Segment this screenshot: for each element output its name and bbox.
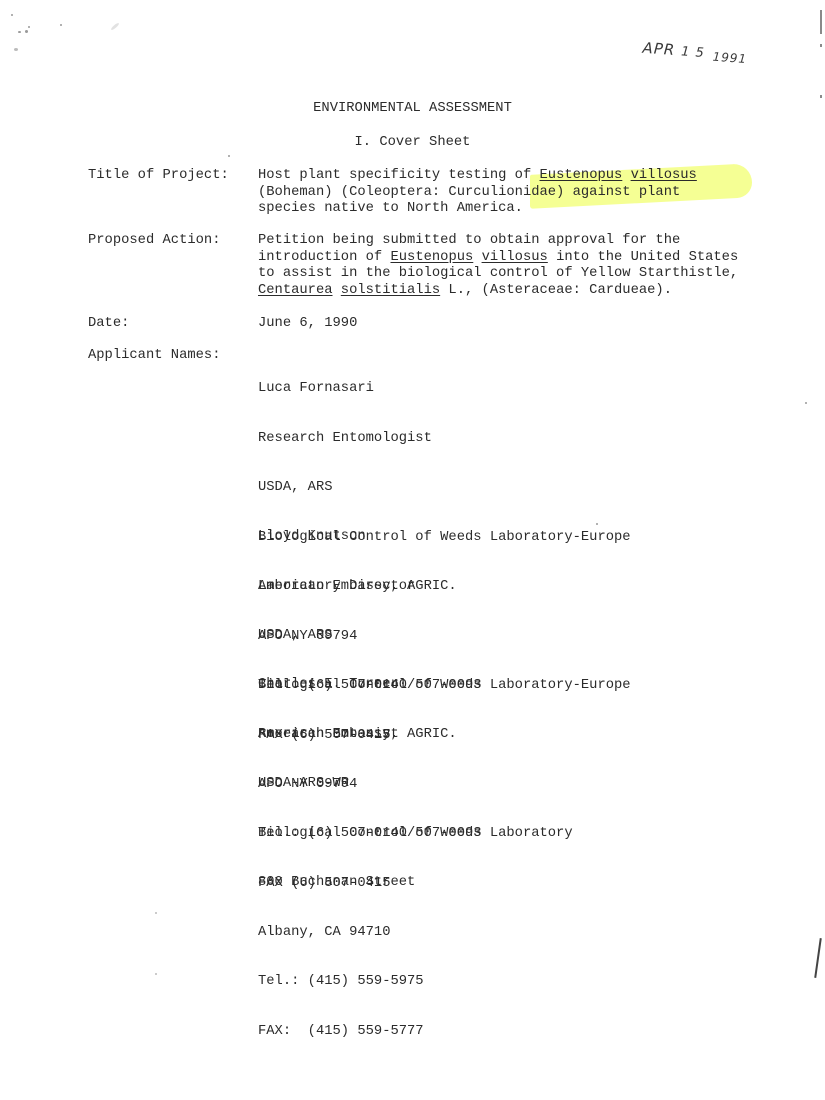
applicant-title: Research Entomologist — [258, 431, 631, 448]
scan-speck — [18, 31, 21, 33]
applicant-agency: USDA, ARS — [258, 480, 631, 497]
proposed-action-line-3: to assist in the biological control of Y… — [258, 266, 738, 283]
scan-speck — [228, 155, 230, 157]
title-of-project-line-1: Host plant specificity testing of Eusten… — [258, 168, 697, 185]
date-value: June 6, 1990 — [258, 316, 357, 333]
scan-speck — [155, 912, 157, 914]
scan-speck — [60, 24, 62, 26]
applicant-phone: Tel.: (415) 559-5975 — [258, 974, 573, 991]
scan-edge-mark — [820, 44, 822, 47]
title-of-project-label: Title of Project: — [88, 168, 229, 185]
document-title: ENVIRONMENTAL ASSESSMENT — [0, 101, 825, 118]
applicant-lab: Biological Control of Weeds Laboratory — [258, 826, 573, 843]
applicant-block: Charles E. Turner Research Botanist USDA… — [258, 644, 573, 1057]
title-of-project-line-3: species native to North America. — [258, 201, 523, 218]
proposed-action-label: Proposed Action: — [88, 233, 220, 250]
proposed-action-line-2: introduction of Eustenopus villosus into… — [258, 250, 738, 267]
applicant-agency: USDA, ARS — [258, 628, 631, 645]
proposed-action-line-1: Petition being submitted to obtain appro… — [258, 233, 680, 250]
scan-speck — [28, 26, 30, 28]
text-segment: into the United States — [548, 250, 738, 265]
scan-speck — [14, 48, 18, 51]
applicant-name: Charles E. Turner — [258, 677, 573, 694]
stamp-day: 1 5 — [681, 44, 706, 61]
text-segment: L., (Asteraceae: Cardueae). — [440, 283, 672, 298]
scan-speck — [25, 30, 28, 33]
text-segment: Host plant specificity testing of — [258, 168, 540, 183]
scan-speck — [155, 973, 157, 975]
genus-name: Centaurea — [258, 283, 333, 298]
applicant-address-1: 800 Buchanan Street — [258, 875, 573, 892]
genus-name: Eustenopus — [540, 168, 623, 183]
scan-edge-mark — [820, 95, 822, 98]
applicant-name: Lloyd Knutson — [258, 529, 631, 546]
date-label: Date: — [88, 316, 129, 333]
received-date-stamp: APR1 51991 — [630, 20, 749, 64]
applicant-address-2: Albany, CA 94710 — [258, 925, 573, 942]
pen-mark — [814, 938, 822, 978]
stamp-year: 1991 — [712, 50, 747, 66]
species-name: solstitialis — [341, 283, 440, 298]
applicant-title: Research Botanist — [258, 727, 573, 744]
applicant-agency: USDA-ARS-WR — [258, 776, 573, 793]
scan-speck — [110, 22, 120, 31]
section-title: I. Cover Sheet — [0, 135, 825, 152]
applicant-title: Laboratory Director — [258, 579, 631, 596]
scan-edge-mark — [820, 10, 822, 34]
stamp-month: APR — [642, 39, 676, 59]
scan-speck — [805, 402, 807, 404]
title-of-project-line-2: (Boheman) (Coleoptera: Curculionidae) ag… — [258, 185, 680, 202]
applicant-names-label: Applicant Names: — [88, 348, 220, 365]
species-name: villosus — [482, 250, 548, 265]
genus-name: Eustenopus — [390, 250, 473, 265]
scan-speck — [11, 14, 13, 16]
proposed-action-line-4: Centaurea solstitialis L., (Asteraceae: … — [258, 283, 672, 300]
species-name: villosus — [631, 168, 697, 183]
applicant-fax: FAX: (415) 559-5777 — [258, 1024, 573, 1041]
text-segment: introduction of — [258, 250, 390, 265]
applicant-name: Luca Fornasari — [258, 381, 631, 398]
